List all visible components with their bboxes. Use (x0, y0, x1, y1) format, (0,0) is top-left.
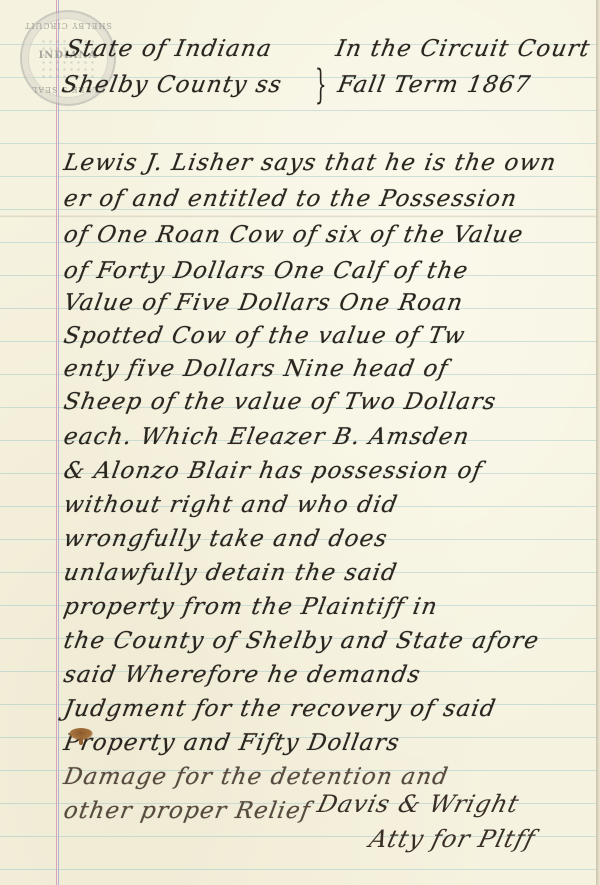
body-line: each. Which Eleazer B. Amsden (62, 424, 472, 450)
body-line: Property and Fifty Dollars (62, 730, 402, 756)
margin-line-blue (58, 0, 59, 885)
body-line: the County of Shelby and State afore (62, 628, 542, 654)
body-line: enty five Dollars Nine head of (62, 356, 451, 382)
brace-icon: } (315, 62, 326, 108)
body-line: Value of Five Dollars One Roan (62, 290, 466, 316)
header-county: Shelby County ss (60, 72, 285, 98)
document-page: SHELBY CIRCUIT INDIANA CLERK'S SEAL Stat… (0, 0, 600, 885)
body-line: & Alonzo Blair has possession of (62, 458, 485, 484)
body-line: Spotted Cow of the value of Tw (62, 323, 468, 349)
body-line: said Wherefore he demands (62, 662, 423, 688)
body-line: er of and entitled to the Possession (62, 186, 520, 212)
body-line: Damage for the detention and (62, 764, 451, 790)
seal-ring-top: SHELBY CIRCUIT (22, 21, 114, 30)
header-court: In the Circuit Court (334, 36, 593, 62)
ink-blot (69, 728, 93, 740)
fold-crease (0, 215, 596, 218)
body-line: Judgment for the recovery of said (62, 696, 499, 722)
signature-name: Davis & Wright (315, 790, 523, 818)
margin-line-pink (56, 0, 57, 885)
body-line: wrongfully take and does (62, 526, 390, 552)
body-line: other proper Relief (62, 798, 313, 824)
body-line: of One Roan Cow of six of the Value (62, 222, 526, 248)
header-term: Fall Term 1867 (336, 72, 533, 98)
body-line: Sheep of the value of Two Dollars (62, 389, 499, 415)
header-state: State of Indiana (64, 36, 275, 62)
body-line: unlawfully detain the said (62, 560, 400, 586)
body-line: Lewis J. Lisher says that he is the own (62, 150, 559, 176)
body-line: property from the Plaintiff in (62, 594, 440, 620)
body-line: of Forty Dollars One Calf of the (62, 258, 471, 284)
paper-edge (596, 0, 600, 885)
signature-title: Atty for Pltff (367, 825, 539, 853)
body-line: without right and who did (62, 492, 400, 518)
